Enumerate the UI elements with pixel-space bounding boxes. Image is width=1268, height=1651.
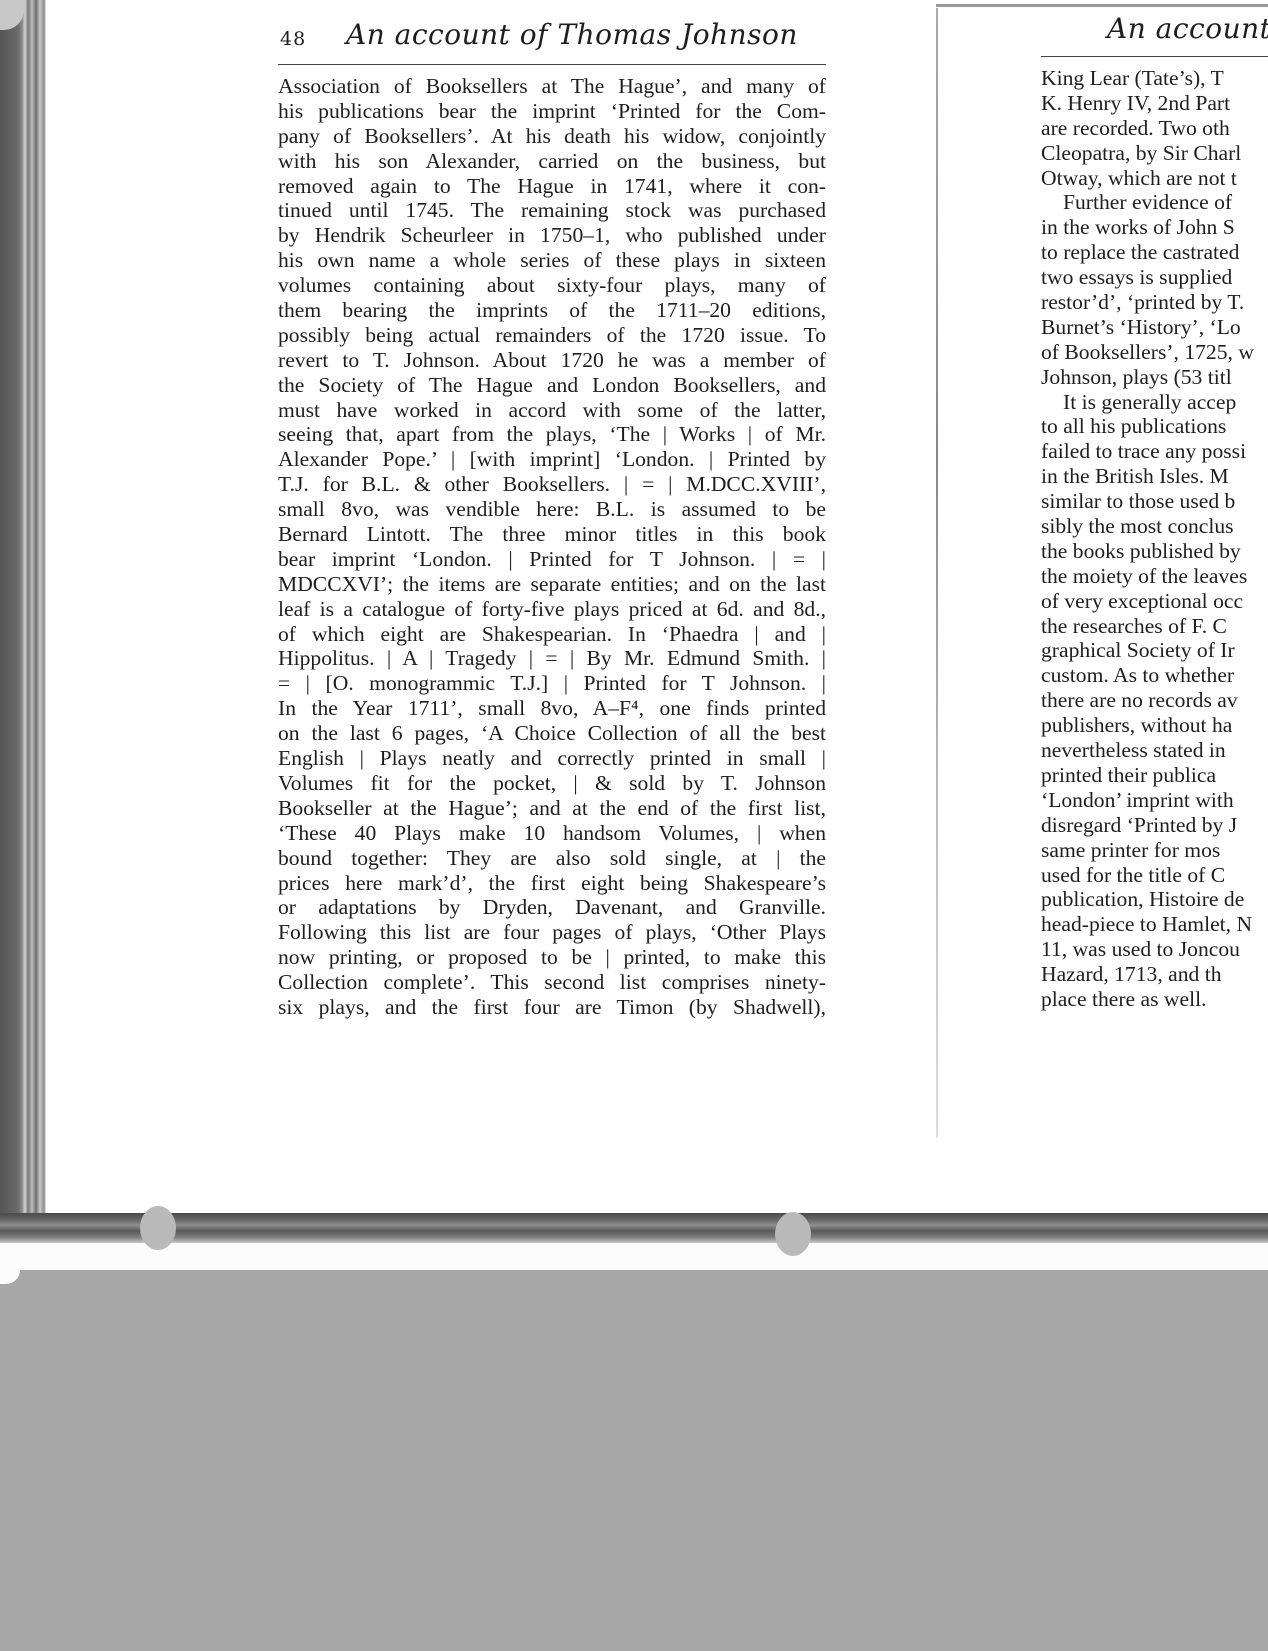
text-line: custom. As to whether: [1041, 663, 1268, 688]
text-line: pany of Booksellers’. At his death his w…: [278, 124, 826, 149]
top-page-edge: [936, 4, 1268, 7]
text-line: 11, was used to Joncou: [1041, 937, 1268, 962]
text-line: similar to those used b: [1041, 489, 1268, 514]
text-line: same printer for mos: [1041, 838, 1268, 863]
text-line: Johnson, plays (53 titl: [1041, 365, 1268, 390]
text-line: small 8vo, was vendible here: B.L. is as…: [278, 497, 826, 522]
text-line: T.J. for B.L. & other Booksellers. | = |…: [278, 472, 826, 497]
text-line: place there as well.: [1041, 987, 1268, 1012]
text-line: in the works of John S: [1041, 215, 1268, 240]
text-line: restor’d’, ‘printed by T.: [1041, 290, 1268, 315]
text-line: MDCCXVI’; the items are separate entitie…: [278, 572, 826, 597]
text-line: Otway, which are not t: [1041, 166, 1268, 191]
text-line: the moiety of the leaves: [1041, 564, 1268, 589]
text-line: printed their publica: [1041, 763, 1268, 788]
text-line: Bernard Lintott. The three minor titles …: [278, 522, 826, 547]
text-line: them bearing the imprints of the 1711–20…: [278, 298, 826, 323]
book-spine-left-edge: [0, 0, 46, 1220]
text-line: failed to trace any possi: [1041, 439, 1268, 464]
body-text: Association of Booksellers at The Hague’…: [278, 74, 826, 1020]
header-rule: [278, 64, 826, 65]
text-line: possibly being actual remainders of the …: [278, 323, 826, 348]
text-line: ‘London’ imprint with: [1041, 788, 1268, 813]
text-line: graphical Society of Ir: [1041, 638, 1268, 663]
scanner-background: [0, 1270, 1268, 1651]
text-line: two essays is supplied: [1041, 265, 1268, 290]
text-line: the researches of F. C: [1041, 614, 1268, 639]
text-line: now printing, or proposed to be | printe…: [278, 945, 826, 970]
text-line: Bookseller at the Hague’; and at the end…: [278, 796, 826, 821]
text-line: with his son Alexander, carried on the b…: [278, 149, 826, 174]
body-text: King Lear (Tate’s), T K. Henry IV, 2nd P…: [1041, 66, 1268, 1012]
book-bottom-edge: [0, 1213, 1268, 1243]
page-number: 48: [280, 28, 306, 50]
text-line: to all his publications: [1041, 414, 1268, 439]
text-line: tinued until 1745. The remaining stock w…: [278, 198, 826, 223]
text-line: of Booksellers’, 1725, w: [1041, 340, 1268, 365]
left-page: 48 An account of Thomas Johnson Associat…: [278, 14, 828, 1064]
punch-hole: [140, 1206, 176, 1250]
text-line: In the Year 1711’, small 8vo, A–F⁴, one …: [278, 696, 826, 721]
text-line: of which eight are Shakespearian. In ‘Ph…: [278, 622, 826, 647]
text-line: Collection complete’. This second list c…: [278, 970, 826, 995]
text-line: Alexander Pope.’ | [with imprint] ‘Londo…: [278, 447, 826, 472]
running-head-title: An account of Thomas Johnson: [346, 18, 798, 51]
text-line: K. Henry IV, 2nd Part: [1041, 91, 1268, 116]
text-line: the Society of The Hague and London Book…: [278, 373, 826, 398]
text-line: Cleopatra, by Sir Charl: [1041, 141, 1268, 166]
running-head: 48 An account of Thomas Johnson: [278, 14, 828, 58]
running-head: An account: [1041, 8, 1268, 52]
right-page: An account King Lear (Tate’s), T K. Henr…: [1041, 8, 1268, 1058]
text-line: Further evidence of: [1041, 190, 1268, 215]
text-line: volumes containing about sixty-four play…: [278, 273, 826, 298]
text-line: used for the title of C: [1041, 863, 1268, 888]
text-line: six plays, and the first four are Timon …: [278, 995, 826, 1020]
running-head-title: An account: [1107, 12, 1268, 45]
text-line: Association of Booksellers at The Hague’…: [278, 74, 826, 99]
text-line: in the British Isles. M: [1041, 464, 1268, 489]
text-line: head-piece to Hamlet, N: [1041, 912, 1268, 937]
text-line: there are no records av: [1041, 688, 1268, 713]
text-line: Following this list are four pages of pl…: [278, 920, 826, 945]
text-line: nevertheless stated in: [1041, 738, 1268, 763]
text-line: Volumes fit for the pocket, | & sold by …: [278, 771, 826, 796]
text-line: revert to T. Johnson. About 1720 he was …: [278, 348, 826, 373]
text-line: Burnet’s ‘History’, ‘Lo: [1041, 315, 1268, 340]
text-line: King Lear (Tate’s), T: [1041, 66, 1268, 91]
text-line: are recorded. Two oth: [1041, 116, 1268, 141]
text-line: or adaptations by Dryden, Davenant, and …: [278, 895, 826, 920]
text-line: Hippolitus. | A | Tragedy | = | By Mr. E…: [278, 646, 826, 671]
scan-margin: [0, 1243, 1268, 1273]
text-line: the books published by: [1041, 539, 1268, 564]
text-line: Hazard, 1713, and th: [1041, 962, 1268, 987]
text-line: on the last 6 pages, ‘A Choice Collectio…: [278, 721, 826, 746]
text-line: must have worked in accord with some of …: [278, 398, 826, 423]
text-line: ‘These 40 Plays make 10 handsom Volumes,…: [278, 821, 826, 846]
text-line: sibly the most conclus: [1041, 514, 1268, 539]
text-line: bear imprint ‘London. | Printed for T Jo…: [278, 547, 826, 572]
page-gutter: [936, 8, 938, 1138]
text-line: seeing that, apart from the plays, ‘The …: [278, 422, 826, 447]
punch-hole: [775, 1212, 811, 1256]
header-rule: [1041, 56, 1268, 57]
text-line: bound together: They are also sold singl…: [278, 846, 826, 871]
text-line: disregard ‘Printed by J: [1041, 813, 1268, 838]
text-line: his publications bear the imprint ‘Print…: [278, 99, 826, 124]
text-line: removed again to The Hague in 1741, wher…: [278, 174, 826, 199]
text-line: leaf is a catalogue of forty-five plays …: [278, 597, 826, 622]
text-line: to replace the castrated: [1041, 240, 1268, 265]
text-line: of very exceptional occ: [1041, 589, 1268, 614]
text-line: his own name a whole series of these pla…: [278, 248, 826, 273]
text-line: publishers, without ha: [1041, 713, 1268, 738]
text-line: publication, Histoire de: [1041, 887, 1268, 912]
text-line: by Hendrik Scheurleer in 1750–1, who pub…: [278, 223, 826, 248]
text-line: = | [O. monogrammic T.J.] | Printed for …: [278, 671, 826, 696]
text-line: English | Plays neatly and correctly pri…: [278, 746, 826, 771]
text-line: It is generally accep: [1041, 390, 1268, 415]
text-line: prices here mark’d’, the first eight bei…: [278, 871, 826, 896]
